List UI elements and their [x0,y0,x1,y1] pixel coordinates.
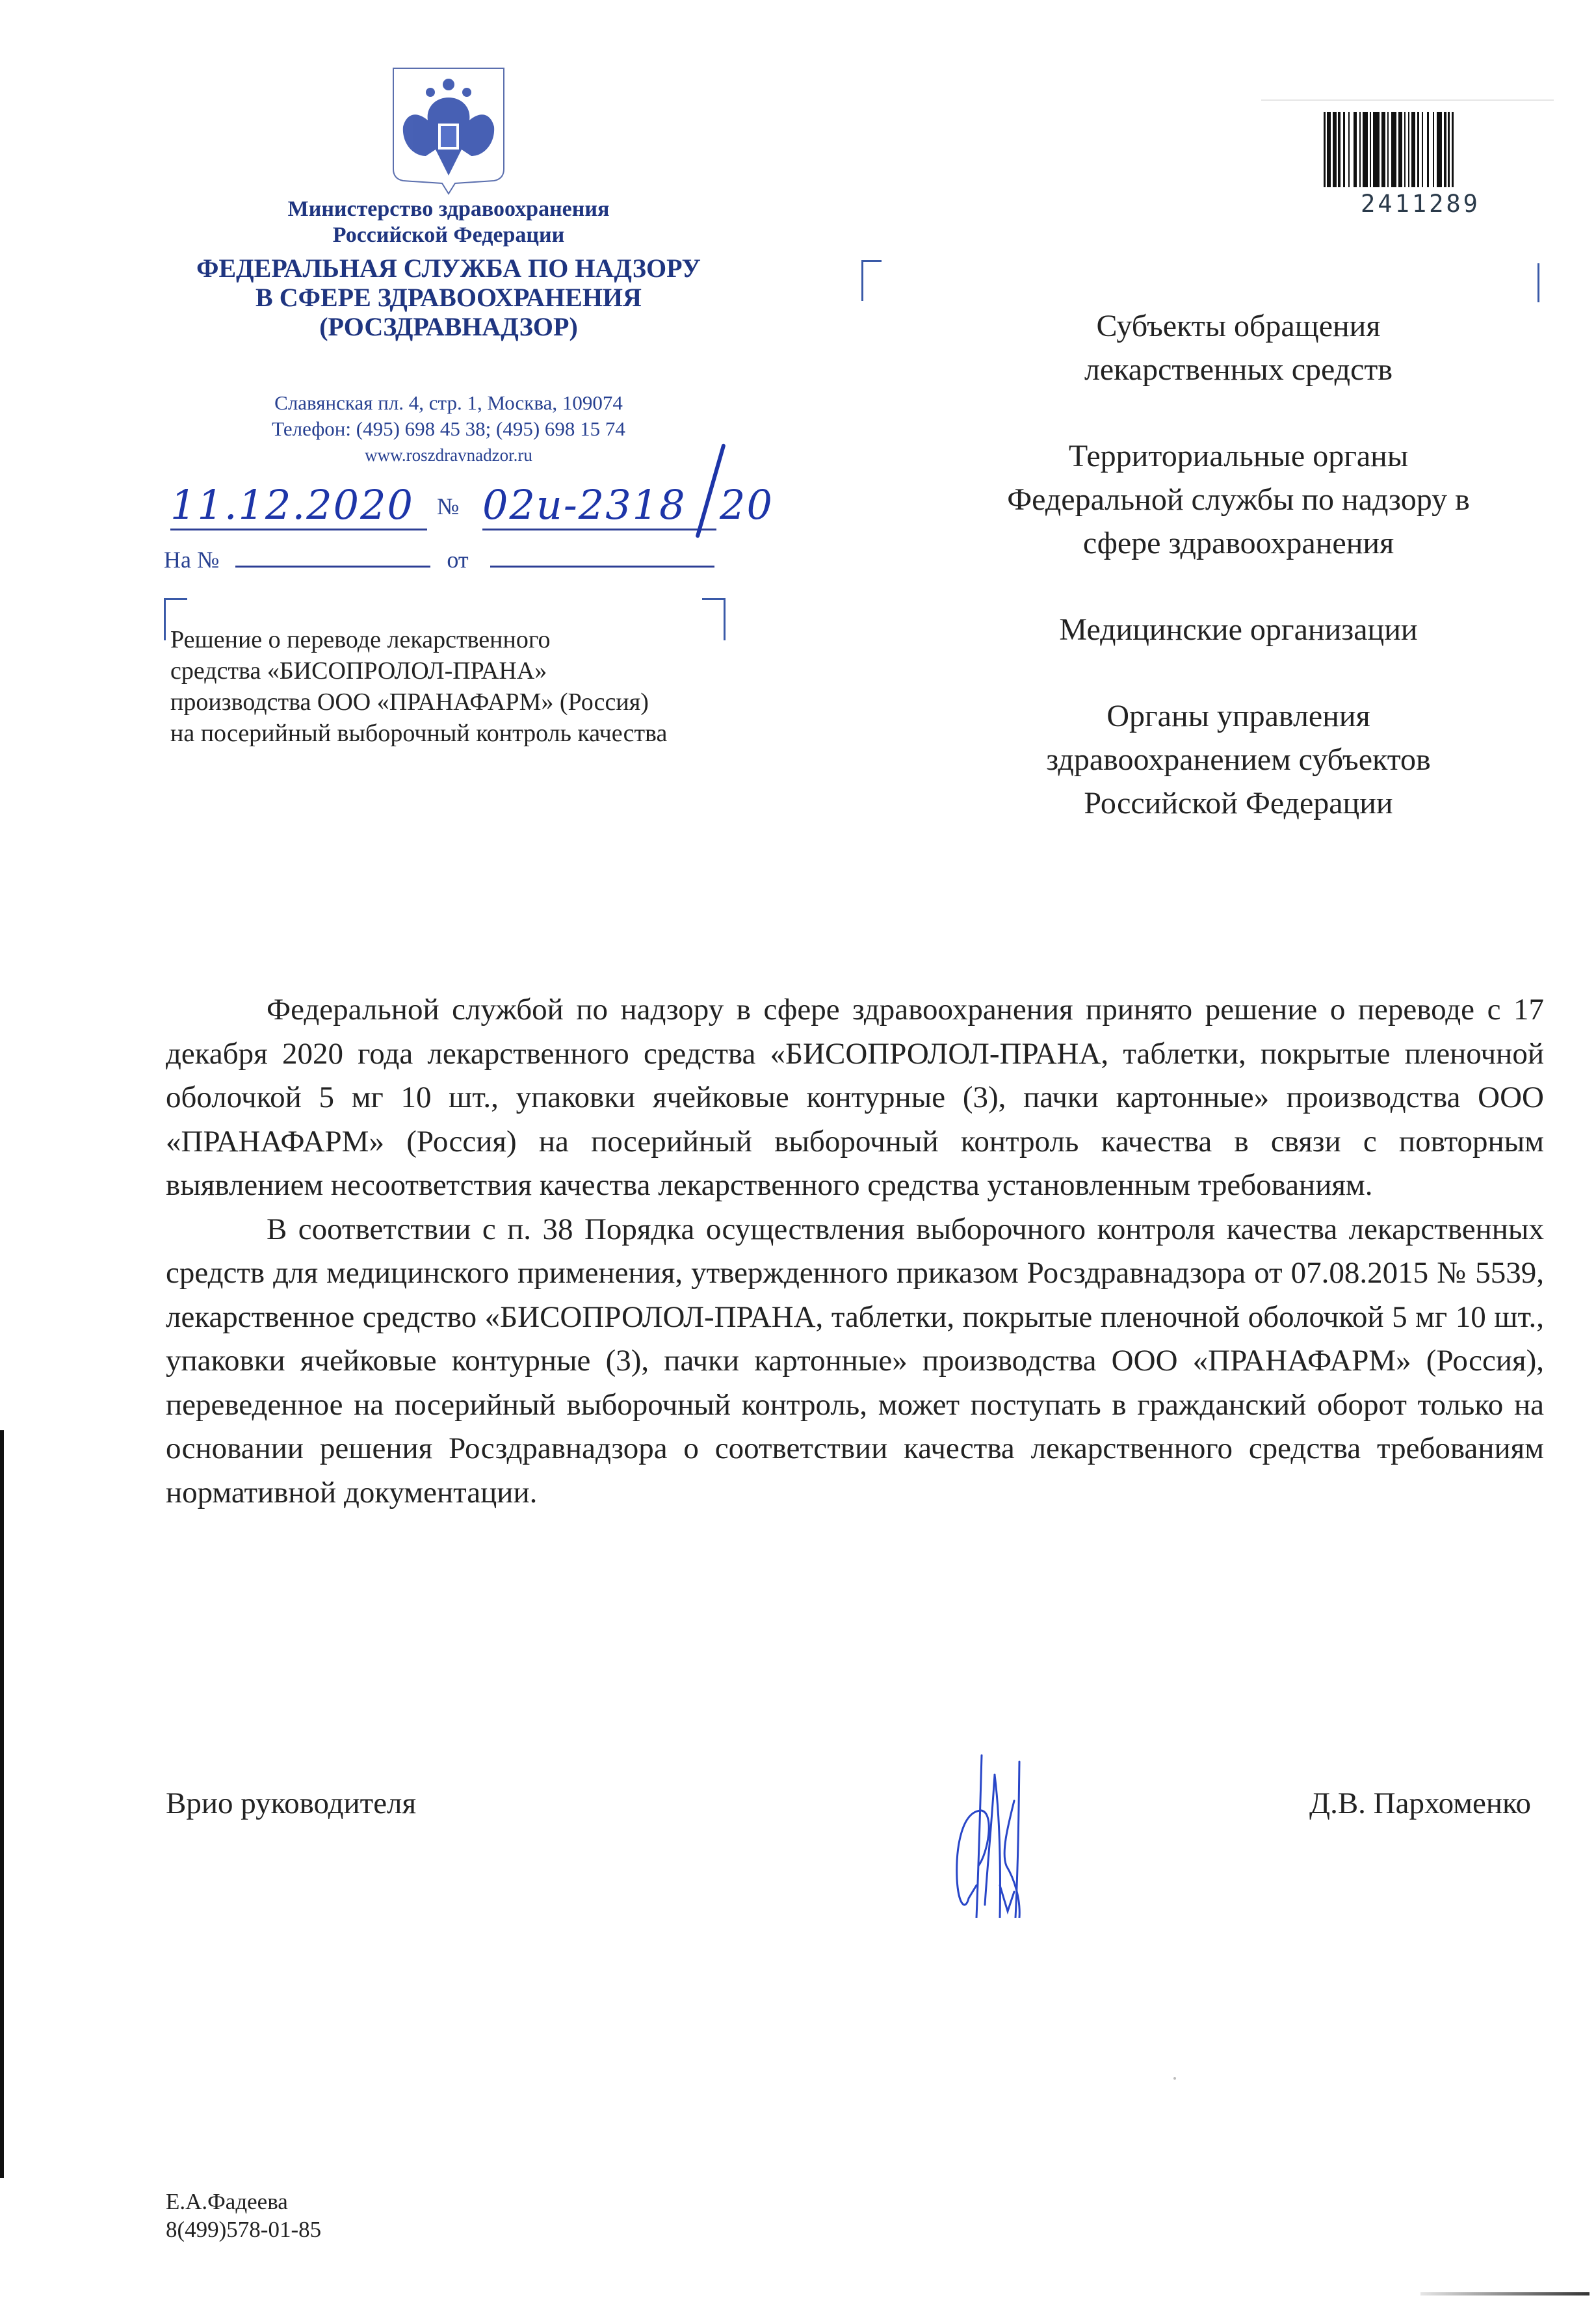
recipient-line: Территориальные органы [923,434,1554,478]
subject-line-3: производства ООО «ПРАНАФАРМ» (Россия) [170,687,794,718]
barcode [1324,112,1517,187]
ministry-name: Министерство здравоохранения Российской … [156,196,741,248]
body-paragraph-2: В соответствии с п. 38 Порядка осуществл… [166,1208,1544,1515]
registration-line: 11.12.2020 № 02и-2318 20 [164,481,879,533]
letter-body: Федеральной службой по надзору в сфере з… [166,988,1544,1515]
russian-coat-of-arms-icon [390,65,507,195]
contact-block: Славянская пл. 4, стр. 1, Москва, 109074… [156,390,741,468]
scan-edge [0,1430,4,2178]
service-name: ФЕДЕРАЛЬНАЯ СЛУЖБА ПО НАДЗОРУ В СФЕРЕ ЗД… [156,254,741,341]
signatory-name: Д.В. Пархоменко [1309,1786,1531,1821]
signatory-position: Врио руководителя [166,1786,416,1821]
recipient-line: сфере здравоохранения [923,521,1554,565]
recipients-block: Субъекты обращения лекарственных средств… [923,304,1554,868]
subject-block: Решение о переводе лекарственного средст… [170,624,794,749]
barcode-number: 2411289 [1320,190,1521,218]
barcode-top-line [1261,99,1554,101]
address: Славянская пл. 4, стр. 1, Москва, 109074 [156,390,741,416]
recipient-line: Органы управления [923,694,1554,738]
handwritten-signature-icon [904,1749,1099,1918]
recipient-line: Медицинские организации [923,608,1554,651]
barcode-bar [1452,112,1454,187]
recipient-line: Российской Федерации [923,781,1554,825]
executor-block: Е.А.Фадеева 8(499)578-01-85 [166,2188,321,2243]
recipient-line: Федеральной службы по надзору в [923,478,1554,521]
recipient-group: Субъекты обращения лекарственных средств [923,304,1554,391]
service-line-2: В СФЕРЕ ЗДРАВООХРАНЕНИЯ [156,283,741,312]
phone: Телефон: (495) 698 45 38; (495) 698 15 7… [156,416,741,442]
subject-line-4: на посерийный выборочный контроль качест… [170,718,794,749]
barcode-bar [1373,112,1380,187]
address-bracket-right [1537,263,1539,302]
barcode-bar [1363,112,1368,187]
subject-line-1: Решение о переводе лекарственного [170,624,794,655]
scan-artifact [1173,2077,1176,2080]
registration-number: 02и-2318 [482,481,716,530]
reply-number-blank [235,546,430,568]
recipient-group: Органы управления здравоохранением субъе… [923,694,1554,825]
recipient-line: лекарственных средств [923,348,1554,391]
address-bracket-left [861,260,882,301]
reply-number-label: На № [164,547,219,573]
reply-from-label: от [447,547,468,573]
recipient-line: здравоохранением субъектов [923,738,1554,781]
number-sign: № [437,493,459,520]
service-line-3: (РОСЗДРАВНАДЗОР) [156,312,741,341]
ministry-line-1: Министерство здравоохранения [156,196,741,222]
subject-line-2: средства «БИСОПРОЛОЛ-ПРАНА» [170,655,794,687]
service-line-1: ФЕДЕРАЛЬНАЯ СЛУЖБА ПО НАДЗОРУ [156,254,741,283]
barcode-bar [1391,112,1396,187]
reply-reference-line: На № от [164,546,749,573]
body-paragraph-1: Федеральной службой по надзору в сфере з… [166,988,1544,1208]
registration-date: 11.12.2020 [170,481,427,530]
recipient-group: Медицинские организации [923,608,1554,651]
recipient-line: Субъекты обращения [923,304,1554,348]
executor-phone: 8(499)578-01-85 [166,2216,321,2243]
reply-date-blank [490,546,714,568]
website-link[interactable]: www.roszdravnadzor.ru [156,442,741,468]
executor-name: Е.А.Фадеева [166,2188,321,2216]
recipient-group: Территориальные органы Федеральной служб… [923,434,1554,565]
registration-number-suffix: 20 [720,481,774,529]
barcode-bar [1437,112,1442,187]
scan-edge-bottom [1420,2292,1589,2295]
ministry-line-2: Российской Федерации [156,222,741,248]
